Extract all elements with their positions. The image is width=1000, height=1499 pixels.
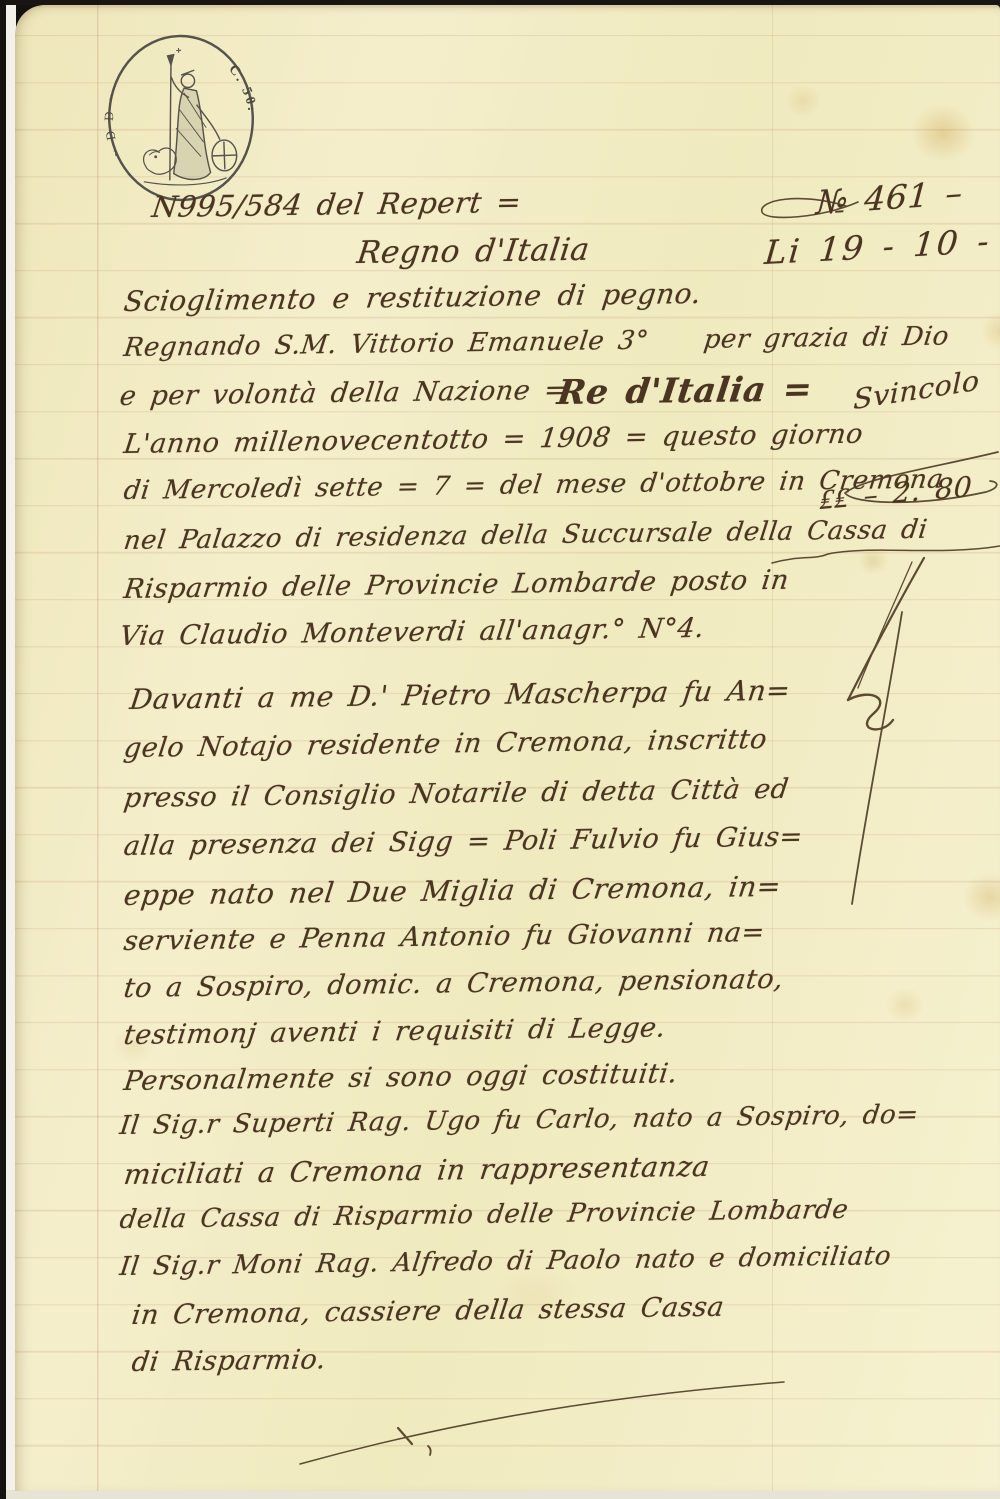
document-title: Regno d'Italia: [355, 232, 592, 271]
manuscript-line: Personalmente si sono oggi costituiti.: [122, 1058, 680, 1097]
manuscript-line: eppe nato nel Due Miglia di Cremona, in=: [122, 870, 783, 912]
manuscript-line: presso il Consiglio Notarile di detta Ci…: [122, 774, 791, 814]
protocol-number: № 461 –: [815, 173, 964, 222]
closing-flourish-tick: [398, 1428, 412, 1444]
manuscript-line: testimonj aventi i requisiti di Legge.: [122, 1012, 668, 1051]
closing-flourish-dot: [428, 1446, 431, 1455]
scan-edge-top: [0, 0, 1000, 5]
manuscript-line: Via Claudio Monteverdi all'anagr.° N°4.: [118, 613, 706, 652]
stamp-lion-icon: [143, 148, 177, 175]
manuscript-line: e per volontà della Nazione =: [118, 375, 570, 412]
header-repertorio: N995/584 del Repert =: [150, 185, 524, 224]
manuscript-line: di Risparmio.: [130, 1344, 328, 1378]
manuscript-line: della Cassa di Risparmio delle Provincie…: [118, 1195, 850, 1235]
revenue-stamp-seal-icon: ~ D D ~ C. 50.: [96, 26, 266, 210]
manuscript-line: Il Sig.r Moni Rag. Alfredo di Paolo nato…: [118, 1241, 893, 1282]
manuscript-line: alla presenza dei Sigg = Poli Fulvio fu …: [122, 822, 805, 862]
manuscript-line: Re d'Italia =: [555, 369, 815, 413]
manuscript-line: Risparmio delle Provincie Lombarde posto…: [122, 565, 791, 605]
scan-edge-left: [0, 0, 6, 1499]
manuscript-line: gelo Notajo residente in Cremona, inscri…: [122, 724, 769, 764]
scan-edge-bottom: [6, 1490, 1000, 1499]
manuscript-line: nel Palazzo di residenza della Succursal…: [122, 515, 929, 556]
manuscript-page: ~ D D ~ C. 50. N995/584 del Repert = № 4…: [15, 5, 1000, 1491]
manuscript-line: to a Sospiro, domic. a Cremona, pensiona…: [122, 964, 785, 1004]
revenue-stamp: ~ D D ~ C. 50.: [96, 26, 266, 210]
stamp-shield-icon: [212, 140, 238, 172]
manuscript-line: in Cremona, cassiere della stessa Cassa: [130, 1292, 726, 1331]
closing-flourish: [300, 1382, 784, 1464]
manuscript-line: serviente e Penna Antonio fu Giovanni na…: [122, 917, 767, 957]
paraph-tail: [852, 612, 902, 904]
stamp-left-inscription: ~ D D ~: [101, 90, 124, 159]
stamp-allegory-figure-icon: [140, 46, 238, 186]
manuscript-line: miciliati a Cremona in rappresentanza: [122, 1150, 712, 1191]
date-line: Li 19 - 10 - 1908: [763, 216, 1000, 272]
manuscript-line: L'anno millenovecentotto = 1908 = questo…: [122, 419, 865, 460]
paraph-stroke: [848, 695, 893, 730]
paraph-stroke: [848, 558, 924, 700]
manuscript-line: Il Sig.r Superti Rag. Ugo fu Carlo, nato…: [118, 1100, 921, 1141]
stamp-denomination: C. 50.: [226, 61, 261, 115]
fee-underline: [772, 546, 1000, 563]
manuscript-line: Regnando S.M. Vittorio Emanuele 3° per g…: [122, 322, 951, 363]
manuscript-line: Davanti a me D.' Pietro Mascherpa fu An=: [128, 674, 792, 716]
manuscript-line: Scioglimento e restituzione di pegno.: [122, 277, 703, 318]
margin-subject: Svincolo: [853, 364, 980, 416]
paraph-stroke: [858, 562, 912, 688]
